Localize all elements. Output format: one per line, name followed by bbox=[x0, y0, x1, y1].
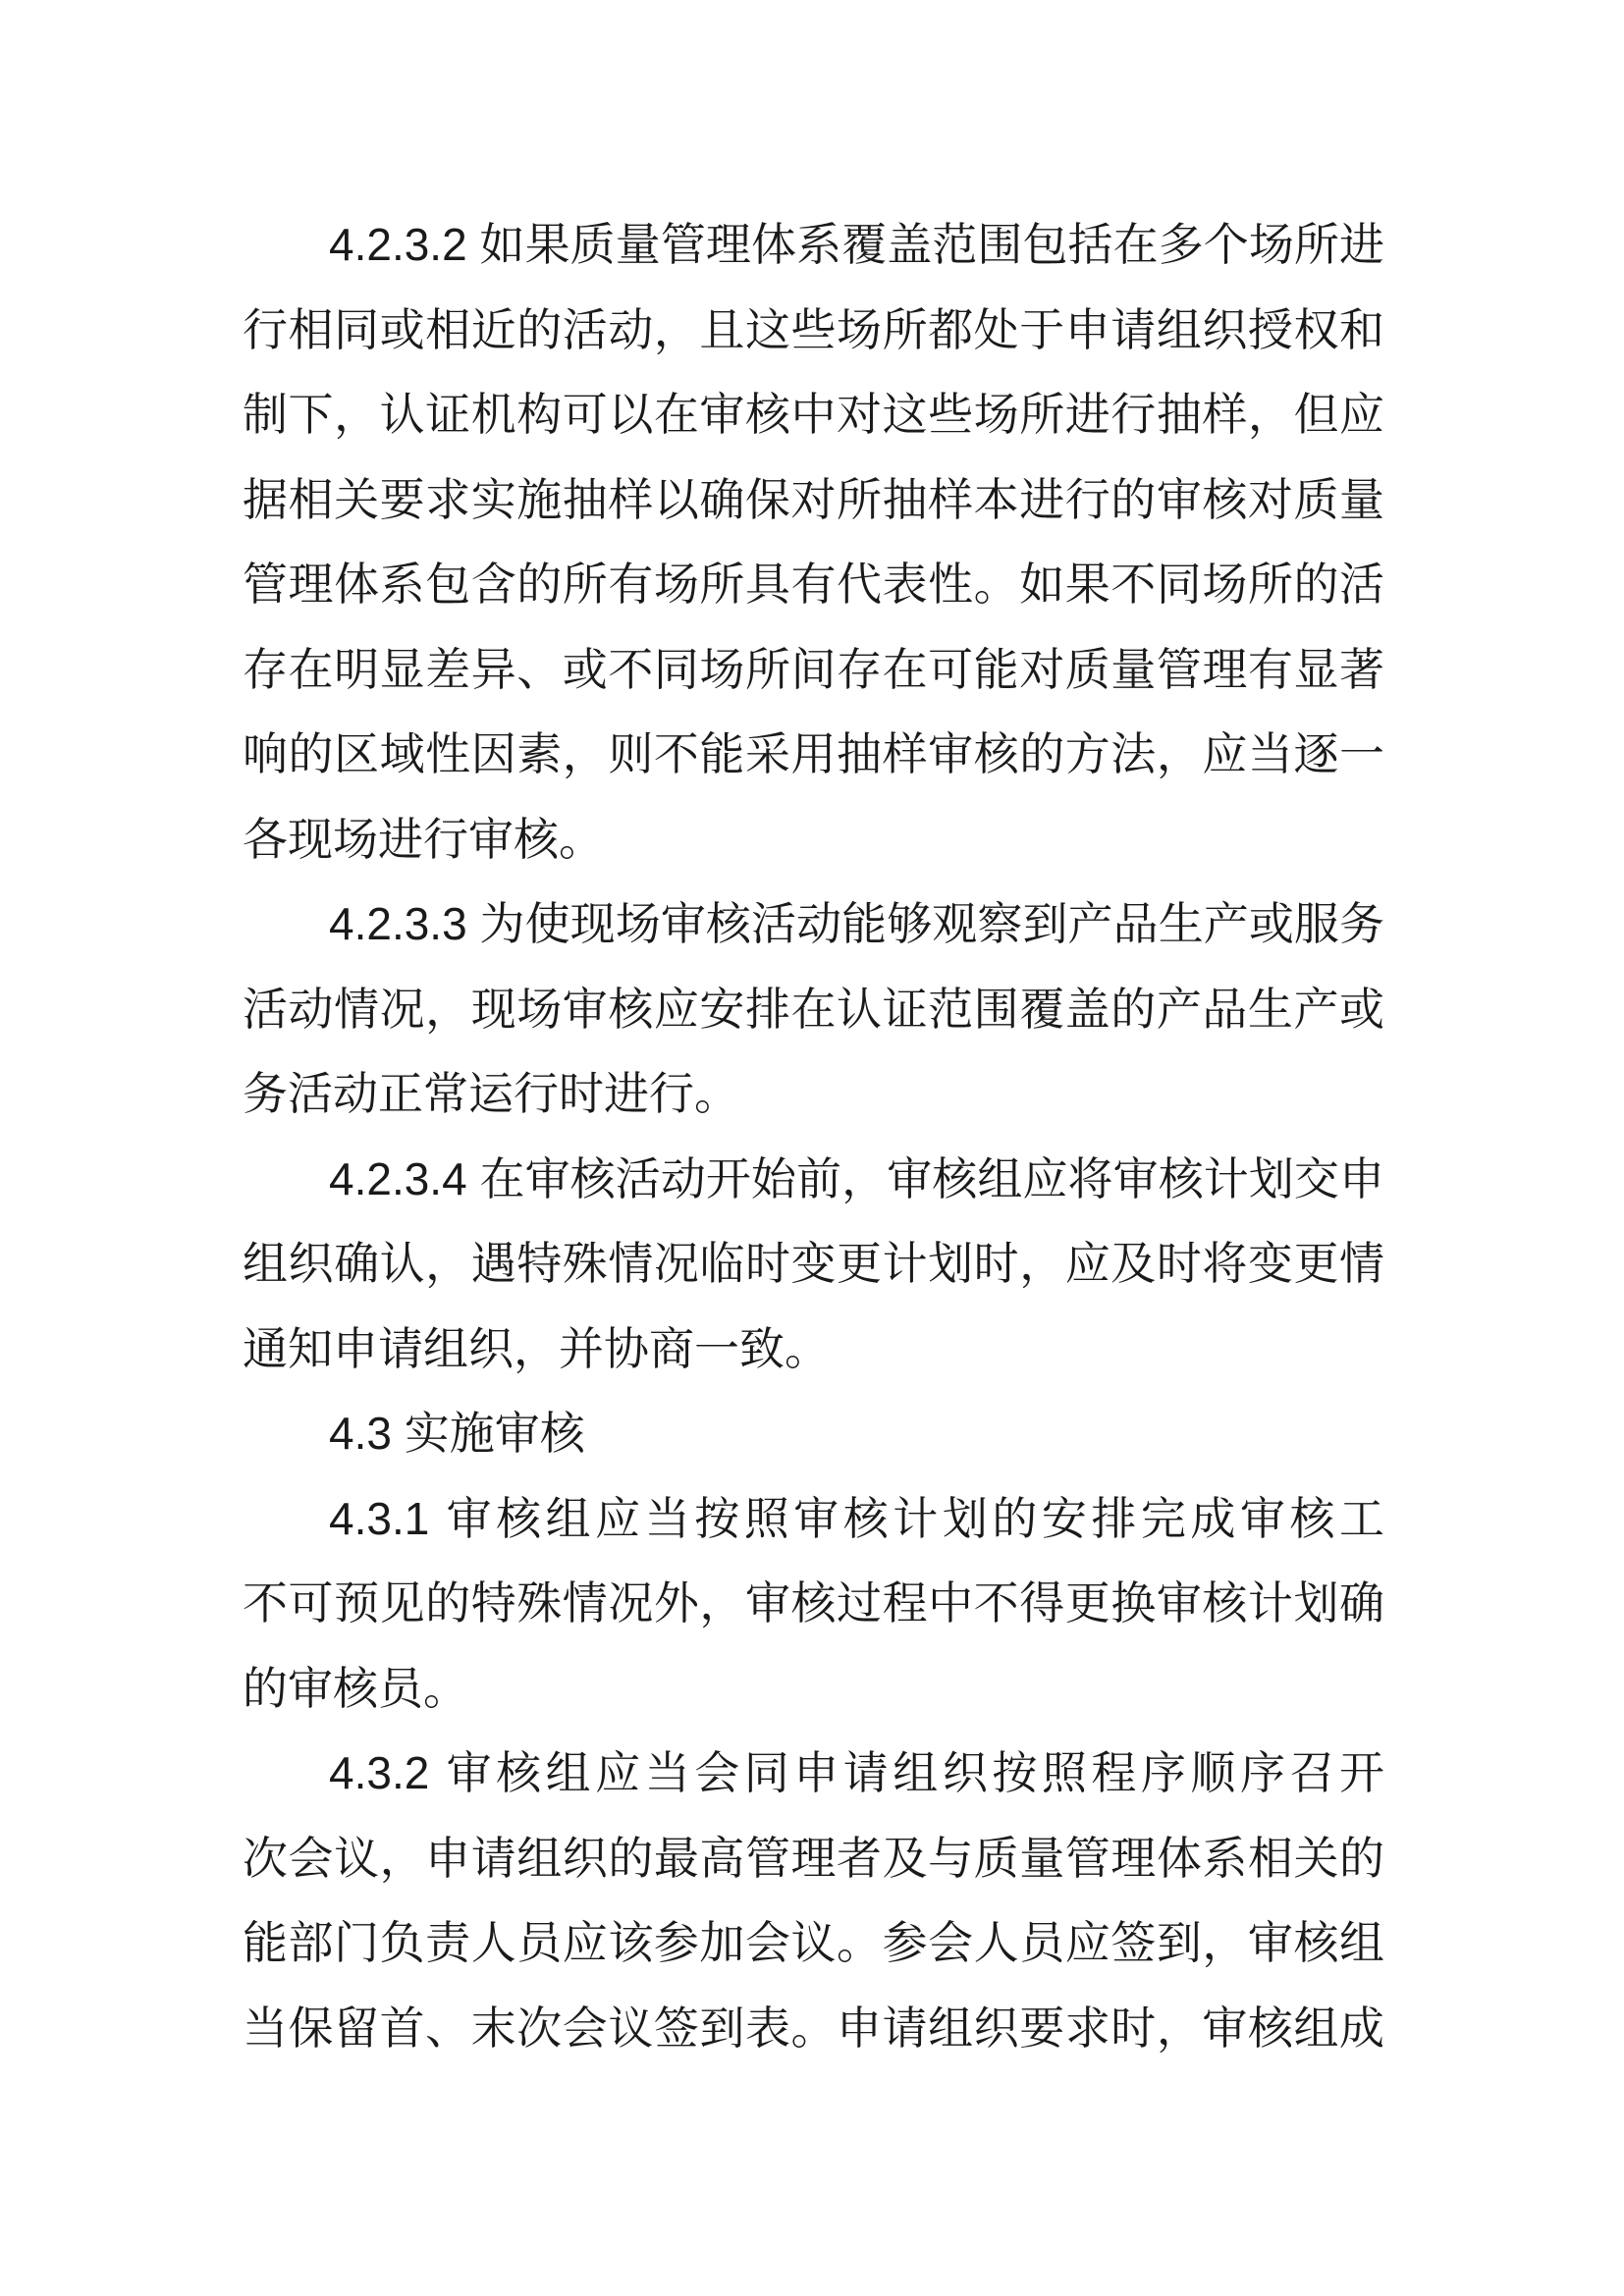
text-line: 务活动正常运行时进行。 bbox=[243, 1051, 1384, 1137]
text-line: 行相同或相近的活动，且这些场所都处于申请组织授权和控 bbox=[243, 288, 1384, 373]
text-line: 不可预见的特殊情况外，审核过程中不得更换审核计划确定 bbox=[243, 1561, 1384, 1646]
paragraph-4232: 4.2.3.2 如果质量管理体系覆盖范围包括在多个场所进 行相同或相近的活动，且… bbox=[243, 202, 1384, 881]
text-block: 4.2.3.2 如果质量管理体系覆盖范围包括在多个场所进 行相同或相近的活动，且… bbox=[243, 202, 1384, 2070]
paragraph-4233: 4.2.3.3 为使现场审核活动能够观察到产品生产或服务 活动情况，现场审核应安… bbox=[243, 881, 1384, 1137]
text-line: 4.2.3.2 如果质量管理体系覆盖范围包括在多个场所进 bbox=[243, 202, 1384, 288]
text-line: 4.2.3.4 在审核活动开始前，审核组应将审核计划交申请 bbox=[243, 1137, 1384, 1222]
paragraph-432: 4.3.2 审核组应当会同申请组织按照程序顺序召开首、末 次会议，申请组织的最高… bbox=[243, 1731, 1384, 2070]
text-line: 通知申请组织，并协商一致。 bbox=[243, 1307, 1384, 1392]
text-line: 组织确认，遇特殊情况临时变更计划时，应及时将变更情况 bbox=[243, 1221, 1384, 1307]
text-line: 4.3.1 审核组应当按照审核计划的安排完成审核工作。除 bbox=[243, 1476, 1384, 1562]
text-line: 能部门负责人员应该参加会议。参会人员应签到，审核组应 bbox=[243, 1900, 1384, 1986]
text-line: 据相关要求实施抽样以确保对所抽样本进行的审核对质量 bbox=[243, 457, 1384, 543]
paragraph-4234: 4.2.3.4 在审核活动开始前，审核组应将审核计划交申请 组织确认，遇特殊情况… bbox=[243, 1137, 1384, 1392]
text-line: 4.2.3.3 为使现场审核活动能够观察到产品生产或服务 bbox=[243, 881, 1384, 967]
paragraph-43-heading: 4.3 实施审核 bbox=[243, 1391, 1384, 1476]
text-line: 次会议，申请组织的最高管理者及与质量管理体系相关的职 bbox=[243, 1816, 1384, 1901]
paragraph-431: 4.3.1 审核组应当按照审核计划的安排完成审核工作。除 不可预见的特殊情况外，… bbox=[243, 1476, 1384, 1732]
text-line: 的审核员。 bbox=[243, 1646, 1384, 1732]
text-line: 活动情况，现场审核应安排在认证范围覆盖的产品生产或服 bbox=[243, 967, 1384, 1052]
text-line: 4.3.2 审核组应当会同申请组织按照程序顺序召开首、末 bbox=[243, 1731, 1384, 1816]
text-line: 各现场进行审核。 bbox=[243, 797, 1384, 882]
text-line: 响的区域性因素，则不能采用抽样审核的方法，应当逐一到 bbox=[243, 712, 1384, 797]
text-line: 管理体系包含的所有场所具有代表性。如果不同场所的活动 bbox=[243, 542, 1384, 627]
text-line: 存在明显差异、或不同场所间存在可能对质量管理有显著影 bbox=[243, 627, 1384, 713]
text-line: 当保留首、末次会议签到表。申请组织要求时，审核组成员 bbox=[243, 1986, 1384, 2071]
text-line: 制下，认证机构可以在审核中对这些场所进行抽样，但应根 bbox=[243, 372, 1384, 457]
section-heading: 4.3 实施审核 bbox=[243, 1391, 1384, 1476]
document-page: 4.2.3.2 如果质量管理体系覆盖范围包括在多个场所进 行相同或相近的活动，且… bbox=[0, 0, 1624, 2296]
